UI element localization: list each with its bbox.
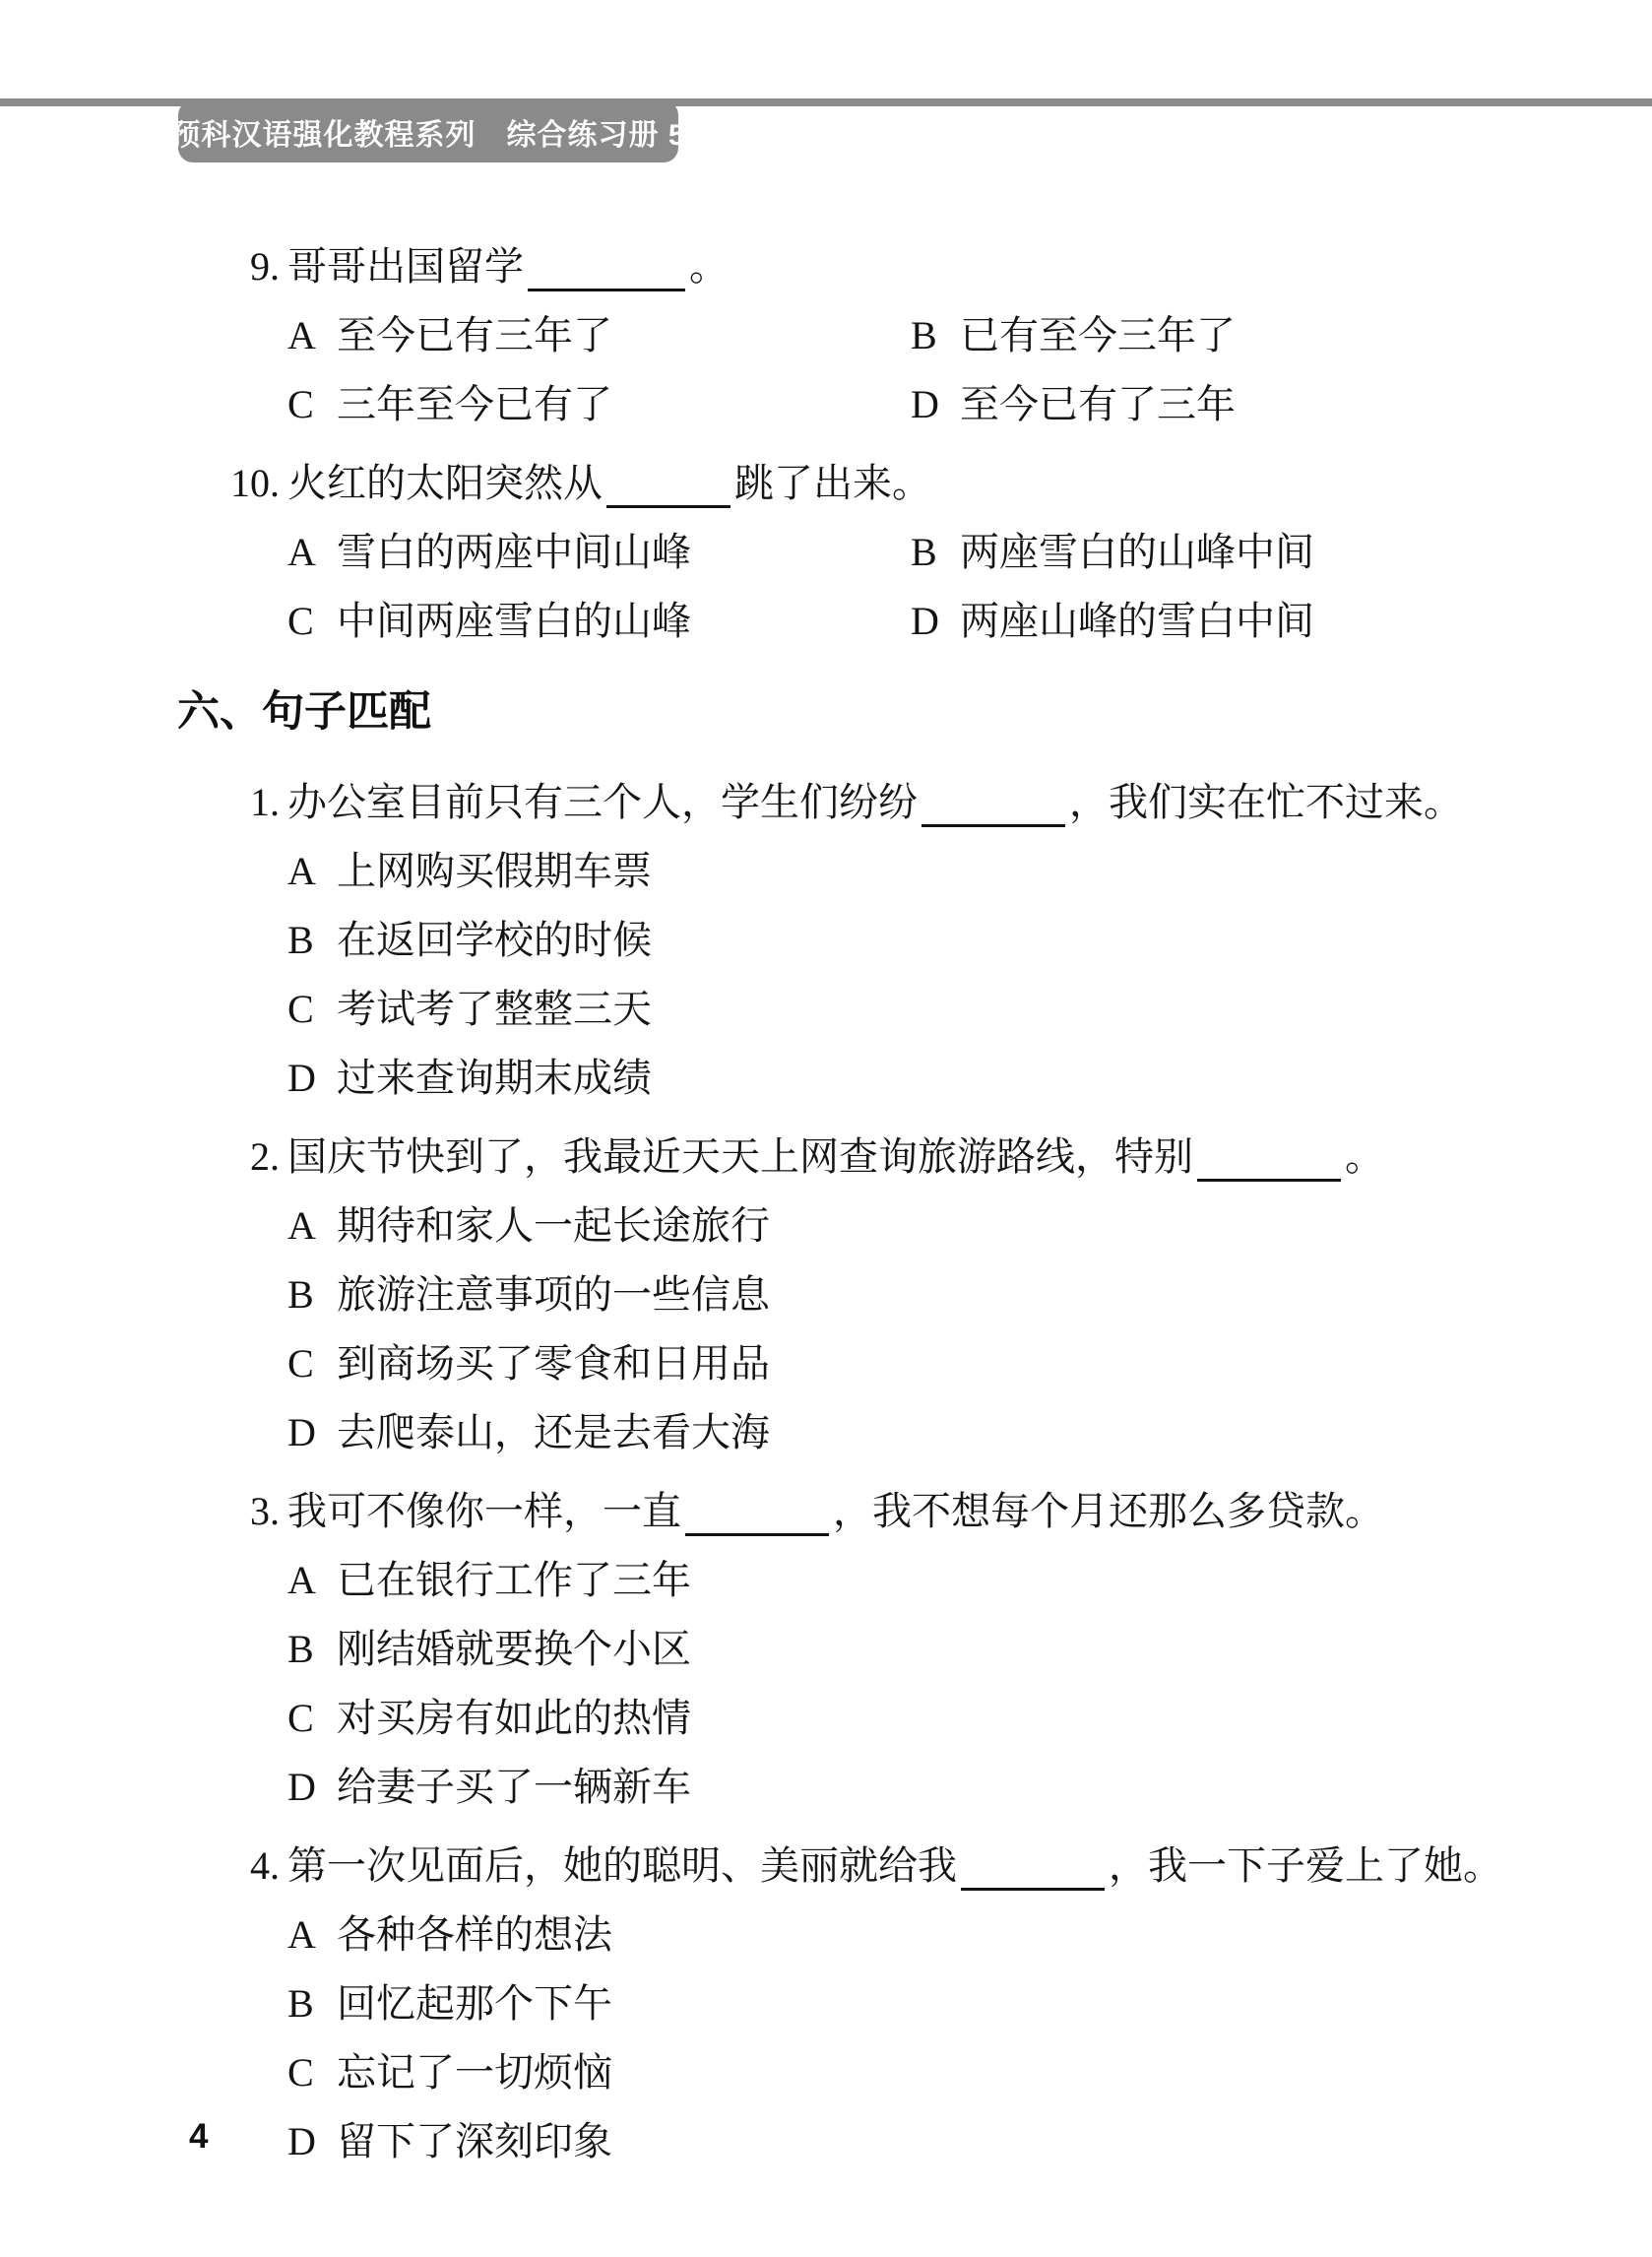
header-title-box: 预科汉语强化教程系列 综合练习册 5 xyxy=(178,100,678,162)
option-text: 两座山峰的雪白中间 xyxy=(960,599,1314,643)
option-text: 三年至今已有了 xyxy=(337,382,612,426)
stem-text-after: ，我不想每个月还那么多贷款。 xyxy=(833,1489,1384,1533)
option-letter: C xyxy=(287,975,323,1044)
stem-text-before: 第一次见面后，她的聪明、美丽就给我 xyxy=(287,1843,957,1888)
option-letter: A xyxy=(287,518,323,587)
stem-text-before: 国庆节快到了，我最近天天上网查询旅游路线，特别 xyxy=(287,1134,1193,1179)
option-c: C到商场买了零食和日用品 xyxy=(0,1329,1652,1398)
option-text: 各种各样的想法 xyxy=(337,1912,612,1957)
option-text: 至今已有三年了 xyxy=(337,313,612,357)
option-letter: D xyxy=(287,1398,323,1467)
matching-question-4: 4.第一次见面后，她的聪明、美丽就给我，我一下子爱上了她。 A各种各样的想法 B… xyxy=(0,1832,1652,2176)
option-letter: B xyxy=(287,1260,323,1329)
answer-blank xyxy=(1197,1139,1341,1182)
question-10-stem: 10.火红的太阳突然从跳了出来。 xyxy=(0,449,1652,518)
answer-blank xyxy=(606,466,731,508)
option-letter: A xyxy=(287,1192,323,1260)
option-letter: A xyxy=(287,1546,323,1615)
option-a: A上网购买假期车票 xyxy=(0,837,1652,906)
option-text: 对买房有如此的热情 xyxy=(337,1696,691,1740)
stem-text-after: ，我们实在忙不过来。 xyxy=(1069,780,1463,824)
answer-blank xyxy=(528,249,685,291)
option-letter: B xyxy=(287,1615,323,1684)
option-c: C对买房有如此的热情 xyxy=(0,1684,1652,1753)
option-a: A期待和家人一起长途旅行 xyxy=(0,1192,1652,1260)
option-b: B两座雪白的山峰中间 xyxy=(911,518,1534,587)
question-9: 9.哥哥出国留学。 A至今已有三年了 B已有至今三年了 C三年至今已有了 D至今… xyxy=(0,232,1652,439)
option-b: B已有至今三年了 xyxy=(911,301,1534,370)
option-letter: A xyxy=(287,837,323,906)
option-text: 留下了深刻印象 xyxy=(337,2119,612,2163)
option-text: 回忆起那个下午 xyxy=(337,1981,612,2026)
question-stem: 2.国庆节快到了，我最近天天上网查询旅游路线，特别。 xyxy=(0,1123,1652,1192)
question-number: 9. xyxy=(224,232,280,301)
option-c: C中间两座雪白的山峰 xyxy=(287,587,911,656)
option-c: C考试考了整整三天 xyxy=(0,975,1652,1044)
option-text: 期待和家人一起长途旅行 xyxy=(337,1203,770,1248)
option-letter: D xyxy=(911,587,946,656)
option-d: D留下了深刻印象 xyxy=(0,2107,1652,2176)
answer-blank xyxy=(685,1494,829,1536)
option-text: 到商场买了零食和日用品 xyxy=(337,1341,770,1386)
option-letter: A xyxy=(287,301,323,370)
option-text: 过来查询期末成绩 xyxy=(337,1056,652,1100)
workbook-page: 预科汉语强化教程系列 综合练习册 5 9.哥哥出国留学。 A至今已有三年了 B已… xyxy=(0,0,1652,2257)
question-10-options-row-2: C中间两座雪白的山峰 D两座山峰的雪白中间 xyxy=(0,587,1652,656)
option-text: 两座雪白的山峰中间 xyxy=(960,530,1314,574)
page-number: 4 xyxy=(189,2117,208,2157)
question-number: 4. xyxy=(224,1832,280,1901)
option-letter: C xyxy=(287,1329,323,1398)
option-text: 忘记了一切烦恼 xyxy=(337,2050,612,2095)
question-9-options-row-1: A至今已有三年了 B已有至今三年了 xyxy=(0,301,1652,370)
option-letter: D xyxy=(287,1753,323,1822)
option-b: B在返回学校的时候 xyxy=(0,906,1652,975)
option-c: C三年至今已有了 xyxy=(287,370,911,439)
question-10: 10.火红的太阳突然从跳了出来。 A雪白的两座中间山峰 B两座雪白的山峰中间 C… xyxy=(0,449,1652,656)
option-letter: D xyxy=(911,370,946,439)
option-b: B刚结婚就要换个小区 xyxy=(0,1615,1652,1684)
option-letter: B xyxy=(287,1969,323,2038)
option-text: 考试考了整整三天 xyxy=(337,987,652,1031)
question-9-stem: 9.哥哥出国留学。 xyxy=(0,232,1652,301)
option-text: 上网购买假期车票 xyxy=(337,849,652,893)
option-letter: D xyxy=(287,2107,323,2176)
option-b: B回忆起那个下午 xyxy=(0,1969,1652,2038)
question-stem: 3.我可不像你一样，一直，我不想每个月还那么多贷款。 xyxy=(0,1477,1652,1546)
option-text: 已在银行工作了三年 xyxy=(337,1558,691,1602)
option-b: B旅游注意事项的一些信息 xyxy=(0,1260,1652,1329)
matching-question-1: 1.办公室目前只有三个人，学生们纷纷，我们实在忙不过来。 A上网购买假期车票 B… xyxy=(0,768,1652,1113)
stem-text-after: 。 xyxy=(1345,1134,1384,1179)
option-letter: C xyxy=(287,2038,323,2107)
option-letter: C xyxy=(287,370,323,439)
question-number: 2. xyxy=(224,1123,280,1192)
option-d: D给妻子买了一辆新车 xyxy=(0,1753,1652,1822)
option-text: 中间两座雪白的山峰 xyxy=(337,599,691,643)
option-c: C忘记了一切烦恼 xyxy=(0,2038,1652,2107)
option-letter: A xyxy=(287,1901,323,1969)
option-d: D至今已有了三年 xyxy=(911,370,1534,439)
option-text: 旅游注意事项的一些信息 xyxy=(337,1272,770,1317)
question-10-options-row-1: A雪白的两座中间山峰 B两座雪白的山峰中间 xyxy=(0,518,1652,587)
option-text: 雪白的两座中间山峰 xyxy=(337,530,691,574)
option-letter: C xyxy=(287,1684,323,1753)
option-d: D两座山峰的雪白中间 xyxy=(911,587,1534,656)
stem-text-after: 跳了出来。 xyxy=(734,461,931,505)
matching-question-3: 3.我可不像你一样，一直，我不想每个月还那么多贷款。 A已在银行工作了三年 B刚… xyxy=(0,1477,1652,1822)
option-d: D去爬泰山，还是去看大海 xyxy=(0,1398,1652,1467)
option-d: D过来查询期末成绩 xyxy=(0,1044,1652,1113)
matching-question-2: 2.国庆节快到了，我最近天天上网查询旅游路线，特别。 A期待和家人一起长途旅行 … xyxy=(0,1123,1652,1467)
question-number: 1. xyxy=(224,768,280,837)
page-content: 9.哥哥出国留学。 A至今已有三年了 B已有至今三年了 C三年至今已有了 D至今… xyxy=(0,223,1652,2176)
stem-text-before: 我可不像你一样，一直 xyxy=(287,1489,681,1533)
option-a: A至今已有三年了 xyxy=(287,301,911,370)
option-text: 在返回学校的时候 xyxy=(337,918,652,962)
question-number: 3. xyxy=(224,1477,280,1546)
stem-text-after: 。 xyxy=(689,244,729,289)
stem-text-after: ，我一下子爱上了她。 xyxy=(1109,1843,1502,1888)
option-letter: B xyxy=(287,906,323,975)
stem-text-before: 哥哥出国留学 xyxy=(287,244,524,289)
series-title: 预科汉语强化教程系列 综合练习册 5 xyxy=(170,110,685,154)
option-text: 给妻子买了一辆新车 xyxy=(337,1765,691,1809)
question-stem: 1.办公室目前只有三个人，学生们纷纷，我们实在忙不过来。 xyxy=(0,768,1652,837)
question-9-options-row-2: C三年至今已有了 D至今已有了三年 xyxy=(0,370,1652,439)
option-letter: B xyxy=(911,518,946,587)
question-stem: 4.第一次见面后，她的聪明、美丽就给我，我一下子爱上了她。 xyxy=(0,1832,1652,1901)
stem-text-before: 火红的太阳突然从 xyxy=(287,461,603,505)
option-a: A雪白的两座中间山峰 xyxy=(287,518,911,587)
section-title: 六、句子匹配 xyxy=(0,677,1652,746)
option-text: 至今已有了三年 xyxy=(960,382,1236,426)
option-a: A已在银行工作了三年 xyxy=(0,1546,1652,1615)
option-letter: B xyxy=(911,301,946,370)
question-number: 10. xyxy=(224,449,280,518)
answer-blank xyxy=(961,1848,1105,1891)
answer-blank xyxy=(921,785,1065,827)
option-text: 已有至今三年了 xyxy=(960,313,1236,357)
option-text: 去爬泰山，还是去看大海 xyxy=(337,1410,770,1454)
stem-text-before: 办公室目前只有三个人，学生们纷纷 xyxy=(287,780,918,824)
option-letter: C xyxy=(287,587,323,656)
option-text: 刚结婚就要换个小区 xyxy=(337,1627,691,1671)
option-a: A各种各样的想法 xyxy=(0,1901,1652,1969)
option-letter: D xyxy=(287,1044,323,1113)
